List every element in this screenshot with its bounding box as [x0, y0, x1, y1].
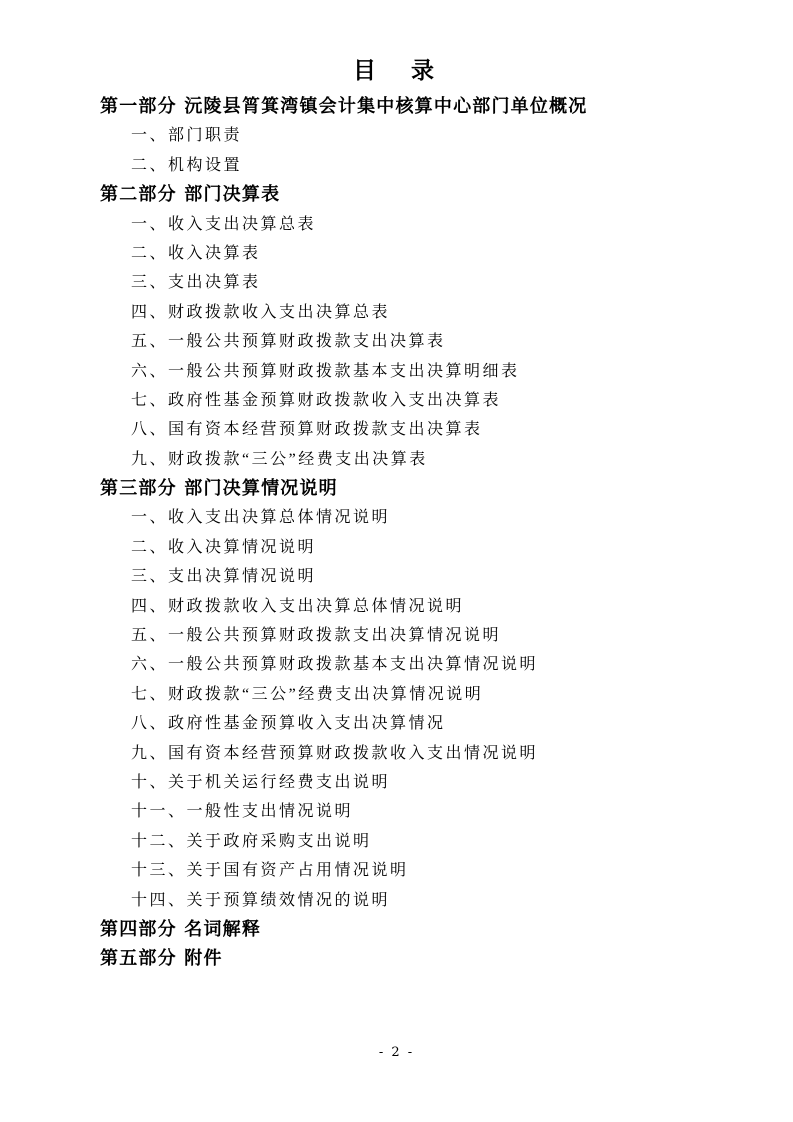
- toc-item: 十、关于机关运行经费支出说明: [100, 768, 753, 797]
- toc-item: 六、一般公共预算财政拨款基本支出决算情况说明: [100, 650, 753, 679]
- toc-item: 八、政府性基金预算收入支出决算情况: [100, 709, 753, 738]
- toc-item: 二、收入决算情况说明: [100, 533, 753, 562]
- toc-item: 十四、关于预算绩效情况的说明: [100, 886, 753, 915]
- toc-item: 三、支出决算表: [100, 268, 753, 297]
- toc-item: 五、一般公共预算财政拨款支出决算情况说明: [100, 621, 753, 650]
- toc-item: 七、财政拨款“三公”经费支出决算情况说明: [100, 680, 753, 709]
- page-number: - 2 -: [0, 1045, 793, 1060]
- section-heading-part1: 第一部分 沅陵县筲箕湾镇会计集中核算中心部门单位概况: [100, 92, 753, 121]
- toc-item: 九、国有资本经营预算财政拨款收入支出情况说明: [100, 739, 753, 768]
- toc-item: 九、财政拨款“三公”经费支出决算表: [100, 445, 753, 474]
- toc-item: 六、一般公共预算财政拨款基本支出决算明细表: [100, 357, 753, 386]
- toc-item: 一、部门职责: [100, 121, 753, 150]
- toc-item: 十二、关于政府采购支出说明: [100, 827, 753, 856]
- toc-item: 四、财政拨款收入支出决算总表: [100, 298, 753, 327]
- table-of-contents: 第一部分 沅陵县筲箕湾镇会计集中核算中心部门单位概况 一、部门职责 二、机构设置…: [100, 92, 753, 974]
- toc-item: 四、财政拨款收入支出决算总体情况说明: [100, 592, 753, 621]
- toc-item: 一、收入支出决算总表: [100, 210, 753, 239]
- section-heading-part5: 第五部分 附件: [100, 944, 753, 973]
- section-heading-part2: 第二部分 部门决算表: [100, 180, 753, 209]
- toc-item: 十三、关于国有资产占用情况说明: [100, 856, 753, 885]
- toc-item: 二、机构设置: [100, 151, 753, 180]
- toc-title: 目 录: [0, 56, 793, 86]
- document-page: 目 录 第一部分 沅陵县筲箕湾镇会计集中核算中心部门单位概况 一、部门职责 二、…: [0, 0, 793, 1122]
- section-heading-part3: 第三部分 部门决算情况说明: [100, 474, 753, 503]
- toc-item: 十一、一般性支出情况说明: [100, 797, 753, 826]
- toc-item: 八、国有资本经营预算财政拨款支出决算表: [100, 415, 753, 444]
- section-heading-part4: 第四部分 名词解释: [100, 915, 753, 944]
- toc-item: 七、政府性基金预算财政拨款收入支出决算表: [100, 386, 753, 415]
- toc-item: 二、收入决算表: [100, 239, 753, 268]
- toc-item: 三、支出决算情况说明: [100, 562, 753, 591]
- toc-item: 五、一般公共预算财政拨款支出决算表: [100, 327, 753, 356]
- toc-item: 一、收入支出决算总体情况说明: [100, 503, 753, 532]
